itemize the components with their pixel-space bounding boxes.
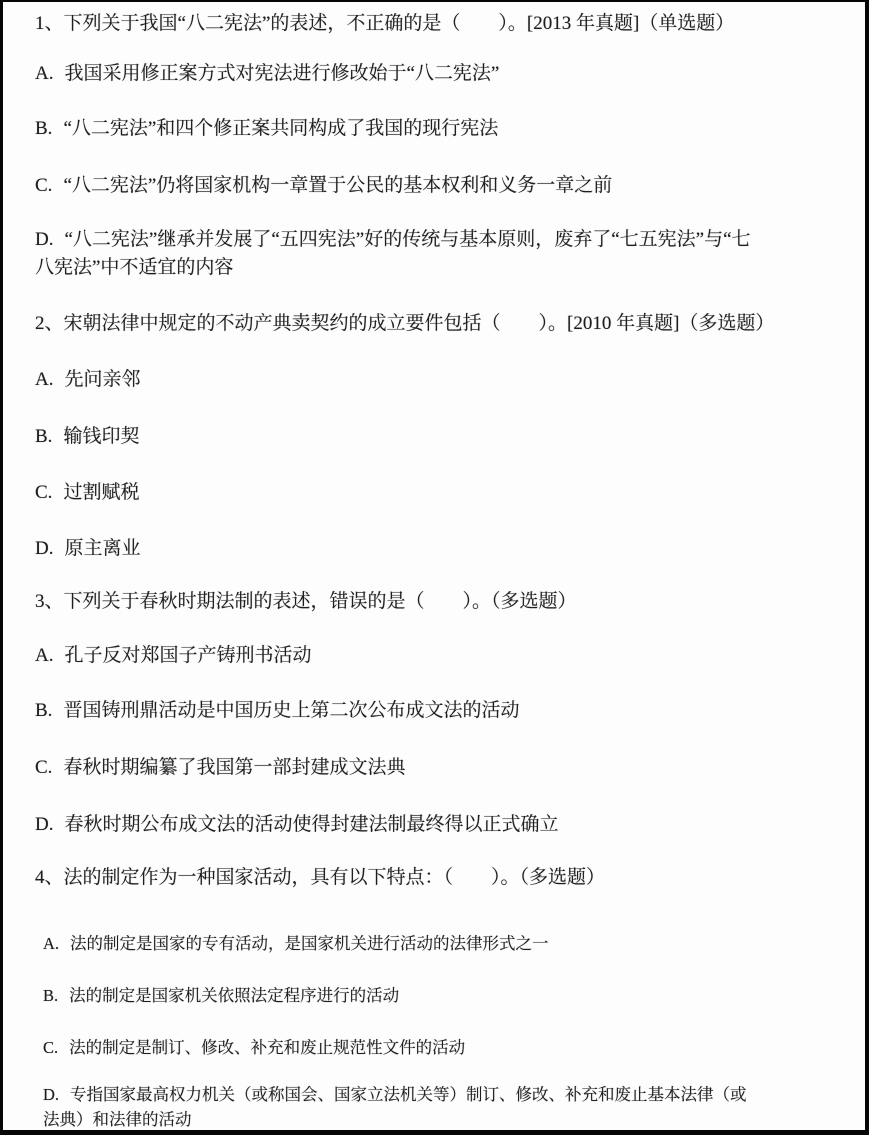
question-3-option-d: D.春秋时期公布成文法的活动使得封建法制最终得以正式确立 xyxy=(35,811,559,839)
option-label: C. xyxy=(35,175,52,196)
question-2-option-a: A.先问亲邻 xyxy=(35,366,141,394)
option-text: 法的制定是制订、修改、补充和废止规范性文件的活动 xyxy=(69,1038,465,1057)
option-label: A. xyxy=(35,63,53,84)
question-3-option-c: C.春秋时期编纂了我国第一部封建成文法典 xyxy=(35,754,405,782)
option-label: C. xyxy=(35,482,52,503)
option-text: 春秋时期编纂了我国第一部封建成文法典 xyxy=(63,757,405,778)
option-text: 过割赋税 xyxy=(63,482,139,503)
question-1-stem: 1、下列关于我国“八二宪法”的表述，不正确的是（ ）。[2013 年真题]（单选… xyxy=(35,10,734,38)
option-text: 我国采用修正案方式对宪法进行修改始于“八二宪法” xyxy=(64,63,499,84)
question-2-number: 2、 xyxy=(35,313,64,334)
question-1-option-b: B.“八二宪法”和四个修正案共同构成了我国的现行宪法 xyxy=(35,115,498,143)
option-text: 专指国家最高权力机关（或称国会、国家立法机关等）制订、修改、补充和废止基本法律（… xyxy=(43,1085,747,1129)
question-2-option-d: D.原主离业 xyxy=(35,535,141,563)
question-3-stem: 3、下列关于春秋时期法制的表述，错误的是（ ）。（多选题） xyxy=(35,588,577,616)
question-3-option-b: B.晋国铸刑鼎活动是中国历史上第二次公布成文法的活动 xyxy=(35,697,519,725)
option-label: B. xyxy=(43,986,58,1005)
option-label: D. xyxy=(35,229,53,250)
option-label: A. xyxy=(35,369,53,390)
question-4-option-b: B.法的制定是国家机关依照法定程序进行的活动 xyxy=(43,983,399,1008)
option-text: “八二宪法”仍将国家机构一章置于公民的基本权利和义务一章之前 xyxy=(63,175,612,196)
option-text: 春秋时期公布成文法的活动使得封建法制最终得以正式确立 xyxy=(64,814,558,835)
option-label: C. xyxy=(35,757,52,778)
question-1-option-d: D.“八二宪法”继承并发展了“五四宪法”好的传统与基本原则，废弃了“七五宪法”与… xyxy=(35,226,751,282)
option-text: 孔子反对郑国子产铸刑书活动 xyxy=(64,645,311,666)
option-text: 先问亲邻 xyxy=(64,369,140,390)
option-label: C. xyxy=(43,1038,58,1057)
option-label: D. xyxy=(35,814,53,835)
question-3-text: 下列关于春秋时期法制的表述，错误的是（ ）。（多选题） xyxy=(64,591,577,612)
question-4-option-d: D.专指国家最高权力机关（或称国会、国家立法机关等）制订、修改、补充和废止基本法… xyxy=(43,1082,747,1132)
option-label: D. xyxy=(43,1085,59,1104)
question-4-option-c: C.法的制定是制订、修改、补充和废止规范性文件的活动 xyxy=(43,1035,465,1060)
question-4-option-a: A.法的制定是国家的专有活动，是国家机关进行活动的法律形式之一 xyxy=(43,931,549,956)
option-text: 输钱印契 xyxy=(63,426,139,447)
option-label: B. xyxy=(35,118,52,139)
question-4-number: 4、 xyxy=(35,867,64,888)
option-text: 法的制定是国家机关依照法定程序进行的活动 xyxy=(69,986,399,1005)
question-2-text: 宋朝法律中规定的不动产典卖契约的成立要件包括（ ）。[2010 年真题]（多选题… xyxy=(64,313,775,334)
option-label: B. xyxy=(35,700,52,721)
option-label: B. xyxy=(35,426,52,447)
question-4-stem: 4、法的制定作为一种国家活动，具有以下特点：（ ）。（多选题） xyxy=(35,864,605,892)
question-1-option-c: C.“八二宪法”仍将国家机构一章置于公民的基本权利和义务一章之前 xyxy=(35,172,612,200)
question-2-option-c: C.过割赋税 xyxy=(35,479,139,507)
question-1-number: 1、 xyxy=(35,13,64,34)
option-text: “八二宪法”和四个修正案共同构成了我国的现行宪法 xyxy=(63,118,498,139)
option-label: A. xyxy=(43,934,59,953)
question-1-text: 下列关于我国“八二宪法”的表述，不正确的是（ ）。[2013 年真题]（单选题） xyxy=(64,13,735,34)
document-page: 1、下列关于我国“八二宪法”的表述，不正确的是（ ）。[2013 年真题]（单选… xyxy=(0,0,869,1135)
question-2-option-b: B.输钱印契 xyxy=(35,423,139,451)
option-text: 原主离业 xyxy=(64,538,140,559)
question-3-option-a: A.孔子反对郑国子产铸刑书活动 xyxy=(35,642,312,670)
question-1-option-a: A.我国采用修正案方式对宪法进行修改始于“八二宪法” xyxy=(35,60,499,88)
question-4-text: 法的制定作为一种国家活动，具有以下特点：（ ）。（多选题） xyxy=(64,867,606,888)
option-text: “八二宪法”继承并发展了“五四宪法”好的传统与基本原则，废弃了“七五宪法”与“七… xyxy=(35,229,751,278)
option-label: D. xyxy=(35,538,53,559)
option-text: 晋国铸刑鼎活动是中国历史上第二次公布成文法的活动 xyxy=(63,700,519,721)
question-2-stem: 2、宋朝法律中规定的不动产典卖契约的成立要件包括（ ）。[2010 年真题]（多… xyxy=(35,310,774,338)
question-3-number: 3、 xyxy=(35,591,64,612)
option-text: 法的制定是国家的专有活动，是国家机关进行活动的法律形式之一 xyxy=(70,934,549,953)
option-label: A. xyxy=(35,645,53,666)
